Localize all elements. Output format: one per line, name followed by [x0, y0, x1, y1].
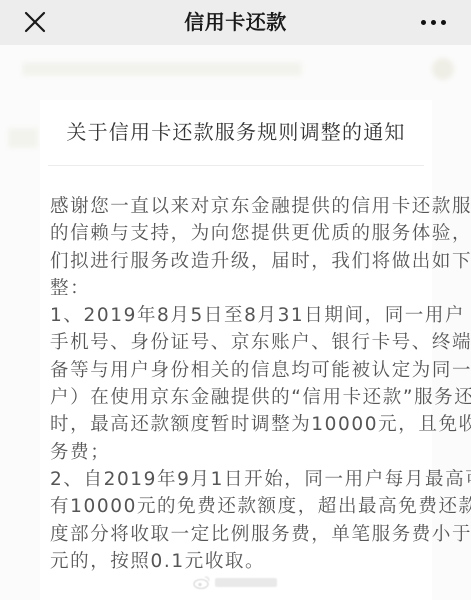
- notice-line: 有10000元的免费还款额度，超出最高免费还款额: [50, 493, 430, 520]
- watermark: [193, 575, 277, 589]
- notice-line: 时，最高还款额度暂时调整为10000元，且免收服: [50, 411, 430, 438]
- background-content-blurred: [8, 128, 38, 148]
- background-content-blurred: [22, 62, 302, 76]
- more-options-button[interactable]: [415, 12, 451, 32]
- notice-card: 关于信用卡还款服务规则调整的通知 感谢您一直以来对京东金融提供的信用卡还款服务 …: [40, 100, 432, 600]
- notice-title: 关于信用卡还款服务规则调整的通知: [40, 118, 432, 146]
- page-title: 信用卡还款: [0, 9, 471, 35]
- notice-line: 整：: [50, 275, 430, 302]
- notice-line: 户）在使用京东金融提供的“信用卡还款”服务还款: [50, 384, 430, 411]
- notice-line: 1、2019年8月5日至8月31日期间，同一用户（同一: [50, 302, 430, 329]
- notice-line: 元的，按照0.1元收取。: [50, 548, 430, 575]
- watermark-text-blurred: [215, 578, 277, 587]
- more-horizontal-icon: [421, 20, 426, 25]
- background-icon-blurred: [432, 58, 454, 80]
- notice-body: 感谢您一直以来对京东金融提供的信用卡还款服务 的信赖与支持，为向您提供更优质的服…: [50, 193, 430, 575]
- more-horizontal-icon: [431, 20, 436, 25]
- notice-line: 感谢您一直以来对京东金融提供的信用卡还款服务: [50, 193, 430, 220]
- divider: [48, 165, 424, 166]
- navigation-bar: 信用卡还款: [0, 0, 471, 45]
- notice-line: 务费；: [50, 439, 430, 466]
- notice-line: 手机号、身份证号、京东账户、银行卡号、终端设: [50, 329, 430, 356]
- weibo-logo-icon: [193, 575, 211, 589]
- notice-line: 备等与用户身份相关的信息均可能被认定为同一用: [50, 357, 430, 384]
- more-horizontal-icon: [441, 20, 446, 25]
- notice-line: 度部分将收取一定比例服务费，单笔服务费小于0.1: [50, 521, 430, 548]
- notice-line: 2、自2019年9月1日开始，同一用户每月最高可享: [50, 466, 430, 493]
- notice-line: 们拟进行服务改造升级，届时，我们将做出如下调: [50, 248, 430, 275]
- notice-line: 的信赖与支持，为向您提供更优质的服务体验，我: [50, 220, 430, 247]
